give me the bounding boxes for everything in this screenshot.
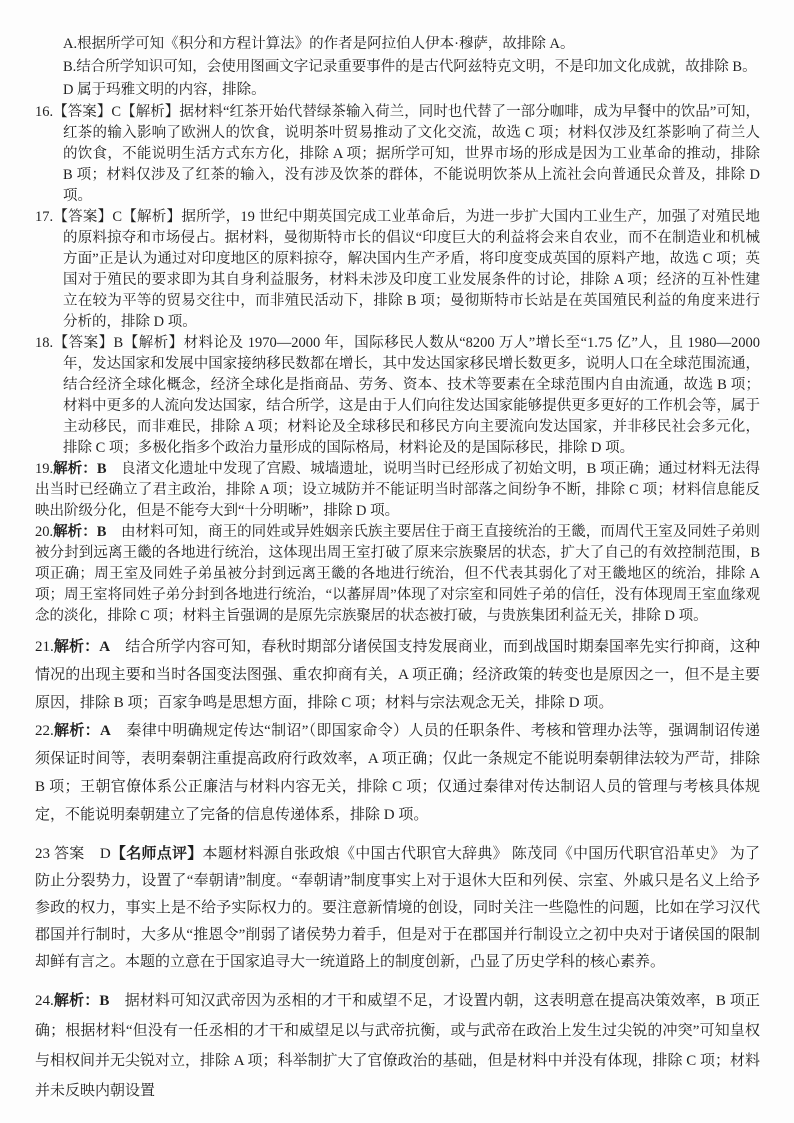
answer-label: 【答案】B【解析】 [53,335,184,351]
answer-item-19: 19.解析：B 良渚文化遗址中发现了宫殿、城墙遗址，说明当时已经形成了初始文明，… [35,459,760,522]
answer-item-20: 20.解析：B 由材料可知，商王的同姓或异姓姻亲氏族主要居住于商王直接统治的王畿… [35,522,760,627]
item-number: 18. [35,335,53,351]
answer-label: 解析：B [53,524,106,540]
answer-item-21: 21.解析：A 结合所学内容可知，春秋时期部分诸侯国支持发展商业，而到战国时期秦… [35,633,760,717]
answer-item-23: 23 答案 D【名师点评】本题材料源自张政烺《中国古代职官大辞典》 陈茂同《中国… [35,841,760,976]
explanation-text: 据材料可知汉武帝因为丞相的才干和威望不足，才设置内朝，这表明意在提高决策效率，B… [35,993,760,1099]
answer-item-24: 24.解析：B 据材料可知汉武帝因为丞相的才干和威望不足，才设置内朝，这表明意在… [35,986,760,1106]
answer-label: 解析：A [54,639,110,655]
option-note-a: A.根据所学可知《积分和方程计算法》的作者是阿拉伯人伊本·穆萨，故排除 A。 [35,33,760,56]
explanation-text: 结合所学内容可知，春秋时期部分诸侯国支持发展商业，而到战国时期秦国率先实行抑商，… [35,639,760,711]
note-text: B.结合所学知识可知，会使用图画文字记录重要事件的是古代阿兹特克文明，不是印加文… [63,59,757,75]
explanation-text: 本题材料源自张政烺《中国古代职官大辞典》 陈茂同《中国历代职官沿革史》 为了防止… [35,846,760,970]
item-number: 16. [35,104,53,120]
explanation-text: 秦律中明确规定传达“制诏”（即国家命令）人员的任职条件、考核和管理办法等，强调制… [35,723,760,823]
item-number: 23 答案 D [35,846,111,862]
option-note-b: B.结合所学知识可知，会使用图画文字记录重要事件的是古代阿兹特克文明，不是印加文… [35,56,760,79]
explanation-text: 据所学，19 世纪中期英国完成工业革命后，为进一步扩大国内工业生产，加强了对殖民… [63,209,760,330]
note-text: A.根据所学可知《积分和方程计算法》的作者是阿拉伯人伊本·穆萨，故排除 A。 [63,36,575,52]
answer-item-18: 18.【答案】B【解析】材料论及 1970—2000 年，国际移民人数从“820… [35,333,760,459]
answer-label: 【答案】C【解析】 [53,104,179,120]
item-number: 24. [35,993,54,1009]
item-number: 17. [35,209,53,225]
explanation-text: 材料论及 1970—2000 年，国际移民人数从“8200 万人”增长至“1.7… [63,335,760,456]
answer-label: 【名师点评】 [111,846,203,862]
document-page: A.根据所学可知《积分和方程计算法》的作者是阿拉伯人伊本·穆萨，故排除 A。 B… [0,0,794,1123]
note-text: D 属于玛雅文明的内容，排除。 [63,82,266,98]
answer-item-17: 17.【答案】C【解析】据所学，19 世纪中期英国完成工业革命后，为进一步扩大国… [35,207,760,333]
option-note-d: D 属于玛雅文明的内容，排除。 [35,79,760,102]
answer-label: 解析：B [54,993,110,1009]
item-number: 19. [35,461,53,477]
answer-item-16: 16.【答案】C【解析】据材料“红茶开始代替绿茶输入荷兰，同时也代替了一部分咖啡… [35,102,760,207]
answer-label: 【答案】C【解析】 [53,209,181,225]
explanation-text: 良渚文化遗址中发现了宫殿、城墙遗址，说明当时已经形成了初始文明，B 项正确；通过… [35,461,760,519]
answer-label: 解析：A [54,723,111,739]
item-number: 21. [35,639,54,655]
answer-label: 解析：B [53,461,106,477]
explanation-text: 由材料可知，商王的同姓或异姓姻亲氏族主要居住于商王直接统治的王畿，而周代王室及同… [35,524,760,624]
item-number: 20. [35,524,53,540]
answer-item-22: 22.解析：A 秦律中明确规定传达“制诏”（即国家命令）人员的任职条件、考核和管… [35,717,760,829]
item-number: 22. [35,723,54,739]
